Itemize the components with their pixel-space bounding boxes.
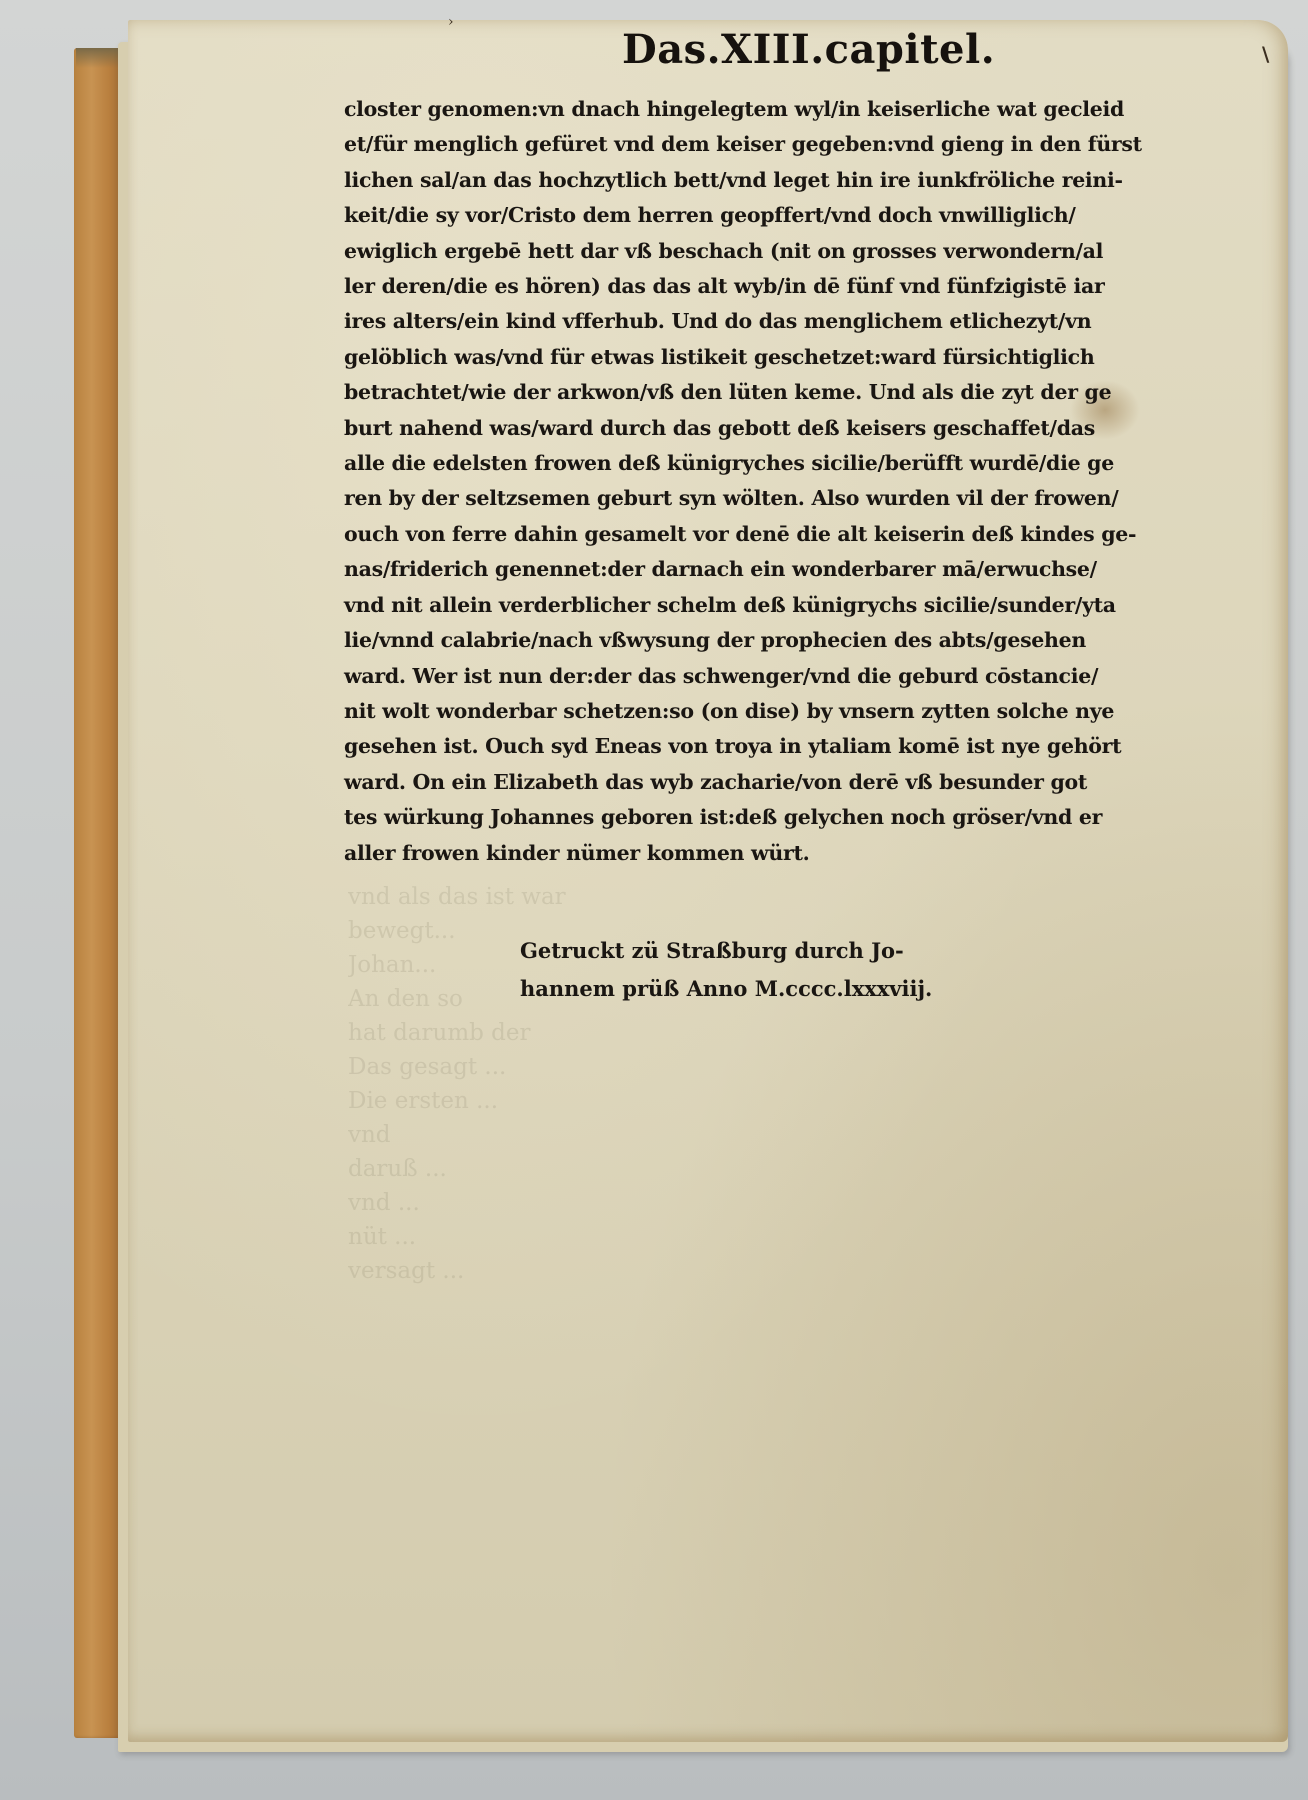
text-line: betrachtet/wie der arkwon/vß den lüten k… [344, 375, 1224, 410]
text-line: ewiglich ergebē hett dar vß beschach (ni… [344, 234, 1224, 269]
colophon-line: Getruckt zü Straßburg durch Jo- [520, 932, 932, 970]
text-line: lie/vnnd calabrie/nach vßwysung der prop… [344, 623, 1224, 658]
text-line: nas/friderich genennet:der darnach ein w… [344, 552, 1224, 587]
body-text-block: closter genomen:vn dnach hingelegtem wyl… [344, 92, 1224, 871]
text-line: ouch von ferre dahin gesamelt vor denē d… [344, 517, 1224, 552]
text-line: ward. On ein Elizabeth das wyb zacharie/… [344, 765, 1224, 800]
text-line: lichen sal/an das hochzytlich bett/vnd l… [344, 163, 1224, 198]
book-cover-edge [74, 48, 124, 1738]
text-line: gesehen ist. Ouch syd Eneas von troya in… [344, 729, 1224, 764]
text-line: vnd nit allein verderblicher schelm deß … [344, 588, 1224, 623]
text-line: ler deren/die es hören) das das alt wyb/… [344, 269, 1224, 304]
text-line: ires alters/ein kind vfferhub. Und do da… [344, 304, 1224, 339]
text-line: tes würkung Johannes geboren ist:deß gel… [344, 800, 1224, 835]
colophon-line: hannem prüß Anno M.cccc.lxxxviij. [520, 970, 932, 1008]
text-line: aller frowen kinder nümer kommen würt. [344, 836, 1224, 871]
text-line: ren by der seltzsemen geburt syn wölten.… [344, 481, 1224, 516]
text-line: gelöblich was/vnd für etwas listikeit ge… [344, 340, 1224, 375]
text-line: ward. Wer ist nun der:der das schwenger/… [344, 659, 1224, 694]
photo-scene: vnd als das ist war bewegt... Johan... A… [0, 0, 1308, 1800]
text-line: burt nahend was/ward durch das gebott de… [344, 411, 1224, 446]
text-line: alle die edelsten frowen deß künigryches… [344, 446, 1224, 481]
chapter-heading: Das.XIII.capitel. [622, 26, 995, 73]
text-line: keit/die sy vor/Cristo dem herren geopff… [344, 198, 1224, 233]
marginal-mark-right: \ [1262, 42, 1269, 66]
text-line: closter genomen:vn dnach hingelegtem wyl… [344, 92, 1224, 127]
text-line: et/für menglich gefüret vnd dem keiser g… [344, 127, 1224, 162]
text-line: nit wolt wonderbar schetzen:so (on dise)… [344, 694, 1224, 729]
marginal-mark-top: › [448, 14, 454, 30]
colophon: Getruckt zü Straßburg durch Jo- hannem p… [520, 932, 932, 1008]
